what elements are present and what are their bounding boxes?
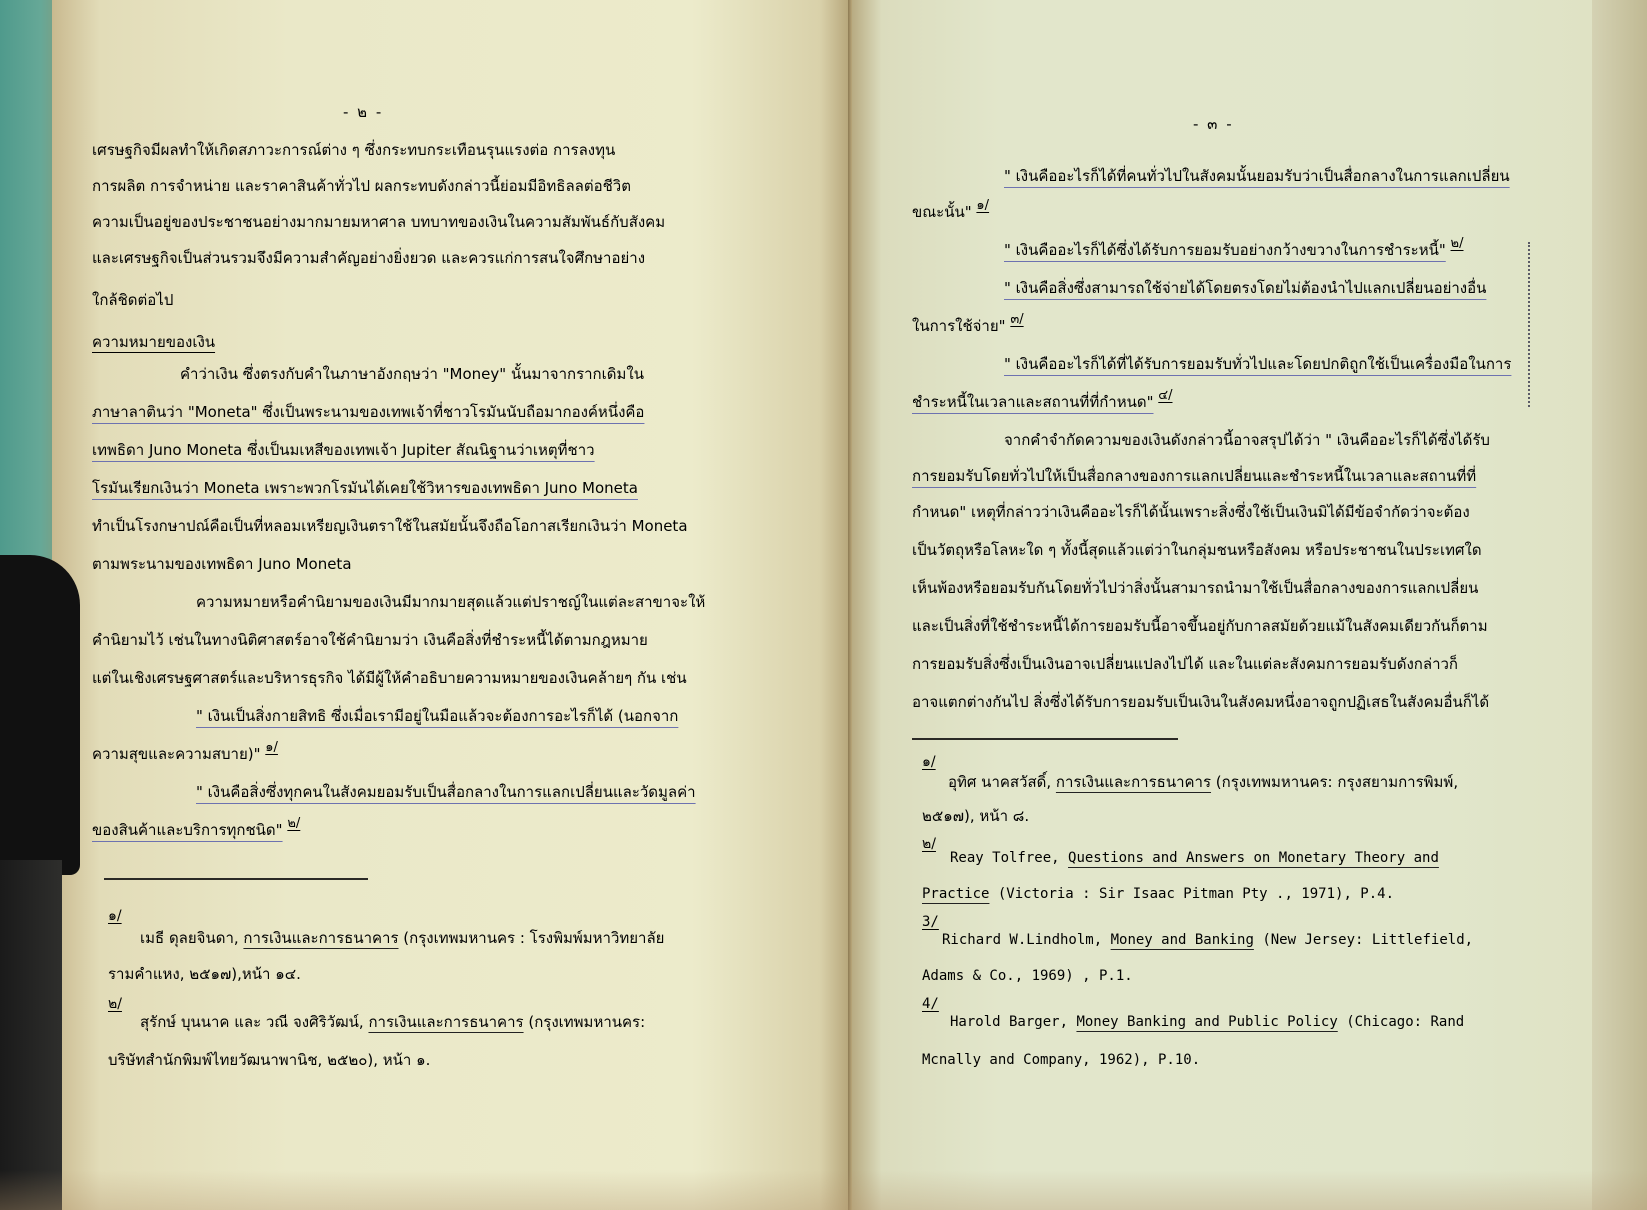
footnote-publisher: (กรุงเทพมหานคร: [528,1013,645,1031]
footnote-line: อุทิศ นาคสวัสดิ์, การเงินและการธนาคาร (ก… [948,772,1458,792]
footnote-title: การเงินและการธนาคาร [243,929,398,947]
paragraph-line: และเป็นสิ่งที่ใช้ชำระหนี้ได้การยอมรับนี้… [912,616,1488,636]
paragraph-line: ทำเป็นโรงกษาปณ์คือเป็นที่หลอมเหรียญเงินต… [92,516,688,536]
paragraph-line: เห็นพ้องหรือยอมรับกันโดยทั่วไปว่าสิ่งนั้… [912,578,1478,598]
quote-text: " เงินคืออะไรก็ได้ซึ่งได้รับการยอมรับอย่… [1004,241,1446,259]
paragraph-line: ใกล้ชิดต่อไป [92,290,173,310]
footnote-line: ๒๕๑๗), หน้า ๘. [922,806,1029,826]
footnote-title: การเงินและการธนาคาร [1056,773,1211,791]
footnote-mark: ๑/ [922,752,936,772]
footnote-line: Adams & Co., 1969) , P.1. [922,966,1133,986]
footnote-line: รามคำแหง, ๒๕๑๗),หน้า ๑๔. [108,964,301,984]
footnote-mark: ๒/ [922,834,936,854]
paragraph-line: โรมันเรียกเงินว่า Moneta เพราะพวกโรมันได… [92,478,638,498]
footnote-divider [104,878,368,880]
footnote-divider [912,738,1178,740]
page-number-right: - ๓ - [1193,112,1234,136]
footnote-title: Money and Banking [1111,932,1254,948]
black-bookmark-tab [0,555,80,875]
footnote-line: Richard W.Lindholm, Money and Banking (N… [942,930,1473,950]
footnote-author: เมธี ดุลยจินดา, [140,929,239,947]
footnote-author: สุรักษ์ บุนนาค และ วณี จงศิริวัฒน์, [140,1013,364,1031]
footnote-author: อุทิศ นาคสวัสดิ์, [948,773,1051,791]
footnote-mark: 4/ [922,994,939,1014]
quote-line: " เงินคืออะไรก็ได้ซึ่งได้รับการยอมรับอย่… [1004,240,1464,262]
quote-line: ความสุขและความสบาย)" ๑/ [92,744,278,766]
footnote-title: Money Banking and Public Policy [1076,1014,1337,1030]
footnote-ref[interactable]: ๒/ [287,816,300,831]
paragraph-line: เศรษฐกิจมีผลทำให้เกิดสภาวะการณ์ต่าง ๆ ซึ… [92,140,615,160]
paragraph-line: คำนิยามไว้ เช่นในทางนิติศาสตร์อาจใช้คำนิ… [92,630,648,650]
quote-text: ขณะนั้น" [912,203,972,221]
quote-line: ของสินค้าและบริการทุกชนิด" ๒/ [92,820,300,842]
footnote-line: Reay Tolfree, Questions and Answers on M… [950,848,1439,868]
paragraph-line: การผลิต การจำหน่าย และราคาสินค้าทั่วไป ผ… [92,176,631,196]
footnote-ref[interactable]: ๑/ [976,198,989,213]
footnote-ref[interactable]: ๒/ [1451,236,1464,251]
quote-text: ชำระหนี้ในเวลาและสถานที่ที่กำหนด" [912,393,1154,411]
footnote-ref[interactable]: ๓/ [1010,312,1023,327]
footnote-mark: 3/ [922,912,939,932]
footnote-author: Reay Tolfree, [950,850,1060,866]
quote-line: ขณะนั้น" ๑/ [912,202,989,224]
page-bottom-shadow [0,1170,1647,1210]
footnote-publisher: (กรุงเทพมหานคร : โรงพิมพ์มหาวิทยาลัย [403,929,664,947]
footnote-title: Questions and Answers on Monetary Theory… [1068,850,1439,866]
footnote-mark: ๒/ [108,994,122,1014]
quote-line: " เงินคืออะไรก็ได้ที่คนทั่วไปในสังคมนั้น… [1004,166,1510,186]
paragraph-line: และเศรษฐกิจเป็นส่วนรวมจึงมีความสำคัญอย่า… [92,248,645,268]
paragraph-line: การยอมรับสิ่งซึ่งเป็นเงินอาจเปลี่ยนแปลงไ… [912,654,1458,674]
footnote-ref[interactable]: ๔/ [1158,388,1172,403]
paragraph-line: ตามพระนามของเทพธิดา Juno Moneta [92,554,352,574]
footnote-title: การเงินและการธนาคาร [368,1013,523,1031]
section-heading: ความหมายของเงิน [92,330,215,354]
quote-line: ชำระหนี้ในเวลาและสถานที่ที่กำหนด" ๔/ [912,392,1173,414]
paragraph-line: การยอมรับโดยทั่วไปให้เป็นสื่อกลางของการแ… [912,466,1476,486]
paragraph-line: แต่ในเชิงเศรษฐศาสตร์และบริหารธุรกิจ ได้ม… [92,668,687,688]
footnote-ref[interactable]: ๑/ [265,740,278,755]
quote-line: " เงินเป็นสิ่งกายสิทธิ ซึ่งเมื่อเรามีอยู… [196,706,678,726]
background-right-edge [1587,0,1647,1210]
quote-line: ในการใช้จ่าย" ๓/ [912,316,1024,338]
quote-text: ความสุขและความสบาย)" [92,745,261,763]
footnote-title: Practice [922,886,989,902]
paragraph-line: ความหมายหรือคำนิยามของเงินมีมากมายสุดแล้… [196,592,705,612]
paragraph-line: เทพธิดา Juno Moneta ซึ่งเป็นมเหสีของเทพเ… [92,440,595,460]
paragraph-line: ภาษาลาตินว่า "Moneta" ซึ่งเป็นพระนามของเ… [92,402,644,422]
footnote-line: Practice (Victoria : Sir Isaac Pitman Pt… [922,884,1394,904]
quote-text: ในการใช้จ่าย" [912,317,1006,335]
paragraph-line: คำว่าเงิน ซึ่งตรงกับคำในภาษาอังกฤษว่า "M… [180,364,644,384]
black-bookmark-strip [0,860,62,1210]
quote-text: ของสินค้าและบริการทุกชนิด" [92,821,283,839]
footnote-publisher: (กรุงเทพมหานคร: กรุงสยามการพิมพ์, [1216,773,1458,791]
quote-line: " เงินคือสิ่งซึ่งสามารถใช้จ่ายได้โดยตรงโ… [1004,278,1486,298]
paragraph-line: อาจแตกต่างกันไป สิ่งซึ่งได้รับการยอมรับเ… [912,692,1489,712]
footnote-line: Mcnally and Company, 1962), P.10. [922,1050,1200,1070]
footnote-author: Richard W.Lindholm, [942,932,1102,948]
paragraph-line: ความเป็นอยู่ของประชาชนอย่างมากมายมหาศาล … [92,212,665,232]
paragraph-line: กำหนด" เหตุที่กล่าวว่าเงินคืออะไรก็ได้นั… [912,502,1470,522]
quote-line: " เงินคือสิ่งซึ่งทุกคนในสังคมยอมรับเป็นส… [196,782,696,802]
paragraph-line: จากคำจำกัดความของเงินดังกล่าวนี้อาจสรุปไ… [1004,430,1490,450]
paragraph-line: เป็นวัตถุหรือโลหะใด ๆ ทั้งนี้สุดแล้วแต่ว… [912,540,1482,560]
footnote-line: Harold Barger, Money Banking and Public … [950,1012,1464,1032]
quote-line: " เงินคืออะไรก็ได้ที่ได้รับการยอมรับทั่ว… [1004,354,1511,374]
footnote-author: Harold Barger, [950,1014,1068,1030]
footnote-mark: ๑/ [108,906,122,926]
footnote-publisher: (New Jersey: Littlefield, [1262,932,1473,948]
page-number-left: - ๒ - [343,100,383,124]
footnote-line: บริษัทสำนักพิมพ์ไทยวัฒนาพานิช, ๒๕๒๐), หน… [108,1050,430,1070]
margin-pencil-mark [1528,242,1530,407]
footnote-line: สุรักษ์ บุนนาค และ วณี จงศิริวัฒน์, การเ… [140,1012,645,1032]
footnote-line: เมธี ดุลยจินดา, การเงินและการธนาคาร (กรุ… [140,928,664,948]
footnote-publisher: (Chicago: Rand [1346,1014,1464,1030]
footnote-publisher: (Victoria : Sir Isaac Pitman Pty ., 1971… [989,886,1394,902]
